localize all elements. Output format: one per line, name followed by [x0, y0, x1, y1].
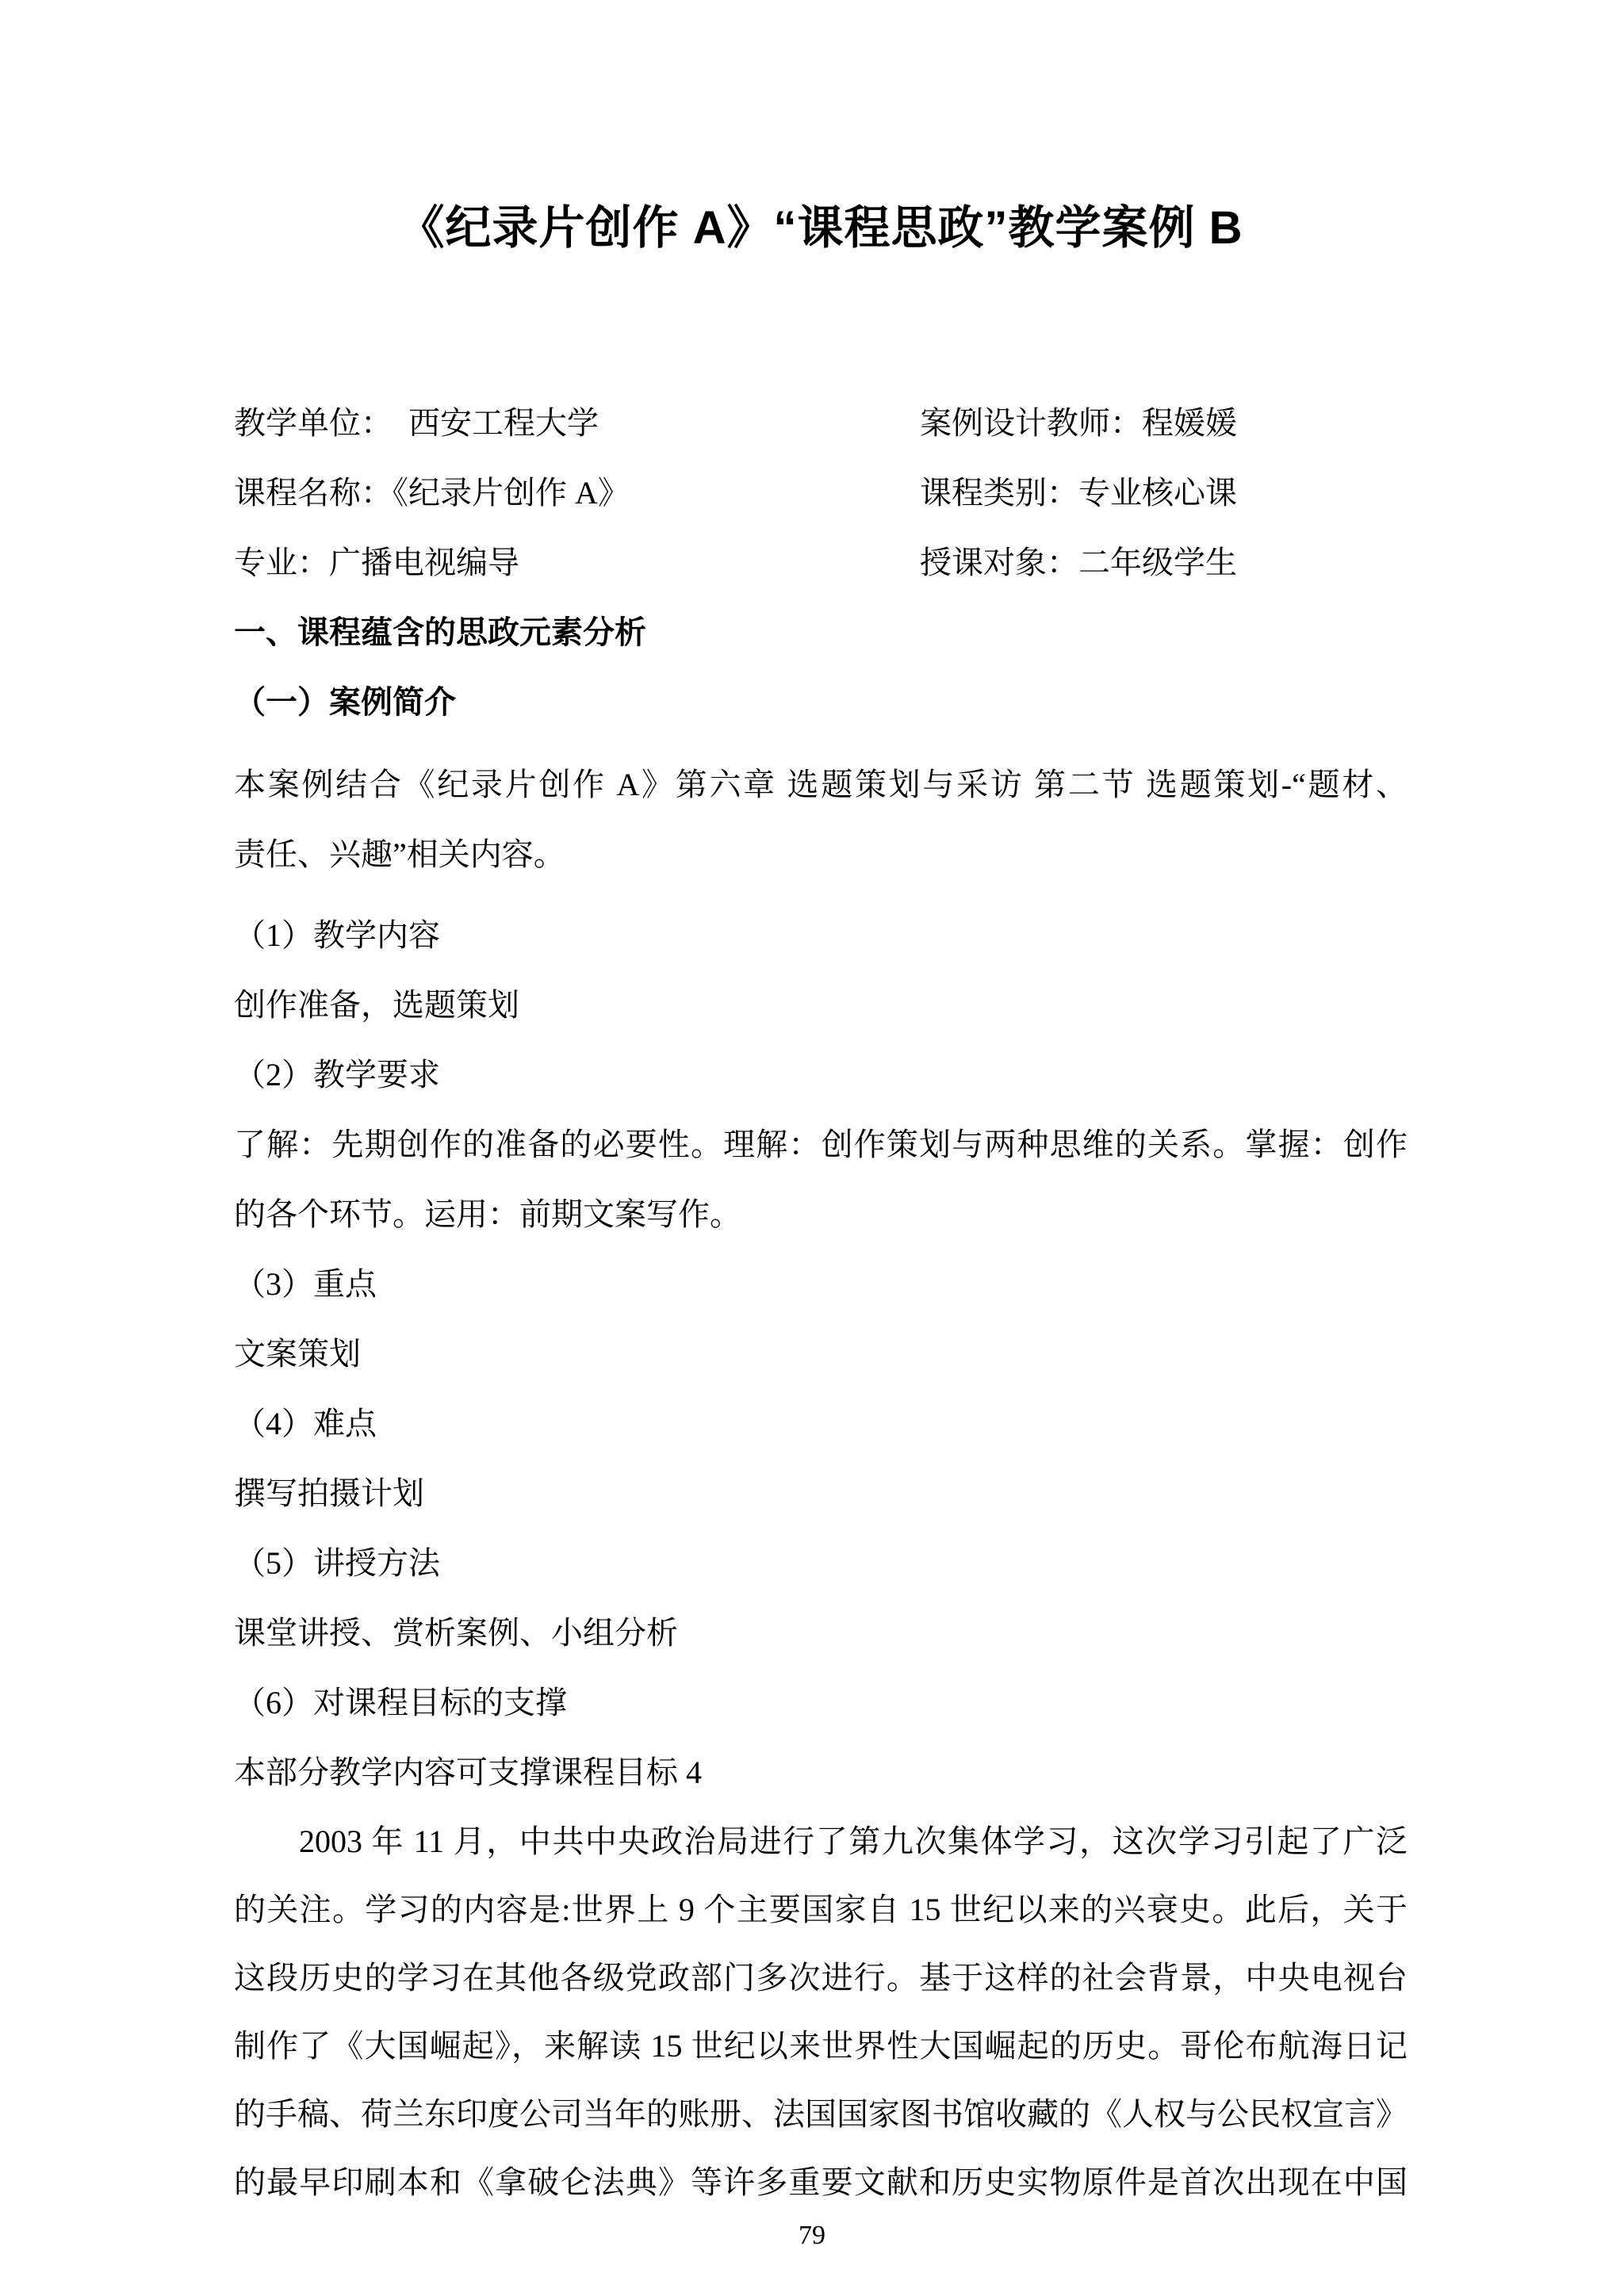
page-title: 《纪录片创作 A》“课程思政”教学案例 B	[234, 200, 1408, 257]
paragraph-line: 这段历史的学习在其他各级党政部门多次进行。基于这样的社会背景，中央电视台	[234, 1944, 1408, 2012]
list-item: （3）重点	[234, 1249, 1408, 1319]
paragraph-line: 的最早印刷本和《拿破仑法典》等许多重要文献和历史实物原件是首次出现在中国	[234, 2149, 1408, 2217]
paragraph-line: 了解：先期创作的准备的必要性。理解：创作策划与两种思维的关系。掌握：创作	[234, 1110, 1408, 1180]
paragraph-line: 创作准备，选题策划	[234, 970, 1408, 1040]
meta-row: 教学单位： 西安工程大学 案例设计教师：程媛媛	[234, 388, 1408, 458]
paragraph-line: 制作了《大国崛起》，来解读 15 世纪以来世界性大国崛起的历史。哥伦布航海日记	[234, 2012, 1408, 2080]
list-item: （5）讲授方法	[234, 1529, 1408, 1598]
section-subheading: （一）案例简介	[234, 668, 1408, 737]
field-course-name: 课程名称：《纪录片创作 A》	[234, 458, 920, 528]
page-number: 79	[0, 2210, 1624, 2261]
document-page: 《纪录片创作 A》“课程思政”教学案例 B 教学单位： 西安工程大学 案例设计教…	[0, 0, 1624, 2296]
meta-table: 教学单位： 西安工程大学 案例设计教师：程媛媛 课程名称：《纪录片创作 A》 课…	[234, 388, 1408, 598]
field-major: 专业：广播电视编导	[234, 528, 920, 598]
paragraph-line: 本部分教学内容可支撑课程目标 4	[234, 1738, 1408, 1808]
field-audience: 授课对象：二年级学生	[920, 528, 1237, 598]
paragraph-line: 的关注。学习的内容是:世界上 9 个主要国家自 15 世纪以来的兴衰史。此后，关…	[234, 1876, 1408, 1944]
paragraph-line: 2003 年 11 月，中共中央政治局进行了第九次集体学习，这次学习引起了广泛	[234, 1808, 1408, 1876]
list-item: （4）难点	[234, 1389, 1408, 1459]
list-item: （1）教学内容	[234, 901, 1408, 970]
field-teaching-unit: 教学单位： 西安工程大学	[234, 388, 920, 458]
document-content: 《纪录片创作 A》“课程思政”教学案例 B 教学单位： 西安工程大学 案例设计教…	[0, 0, 1624, 2217]
paragraph-line: 责任、兴趣”相关内容。	[234, 820, 1408, 890]
meta-row: 课程名称：《纪录片创作 A》 课程类别：专业核心课	[234, 458, 1408, 528]
field-course-category: 课程类别：专业核心课	[920, 458, 1237, 528]
paragraph-line: 的各个环节。运用：前期文案写作。	[234, 1180, 1408, 1249]
paragraph-line: 的手稿、荷兰东印度公司当年的账册、法国国家图书馆收藏的《人权与公民权宣言》	[234, 2080, 1408, 2149]
section-heading: 一、课程蕴含的思政元素分析	[234, 598, 1408, 668]
paragraph-line: 课堂讲授、赏析案例、小组分析	[234, 1598, 1408, 1668]
meta-row: 专业：广播电视编导 授课对象：二年级学生	[234, 528, 1408, 598]
list-item: （2）教学要求	[234, 1040, 1408, 1110]
field-case-designer: 案例设计教师：程媛媛	[920, 388, 1237, 458]
paragraph-line: 本案例结合《纪录片创作 A》第六章 选题策划与采访 第二节 选题策划-“题材、	[234, 750, 1408, 820]
paragraph-line: 撰写拍摄计划	[234, 1459, 1408, 1529]
list-item: （6）对课程目标的支撑	[234, 1668, 1408, 1738]
paragraph-line: 文案策划	[234, 1319, 1408, 1389]
